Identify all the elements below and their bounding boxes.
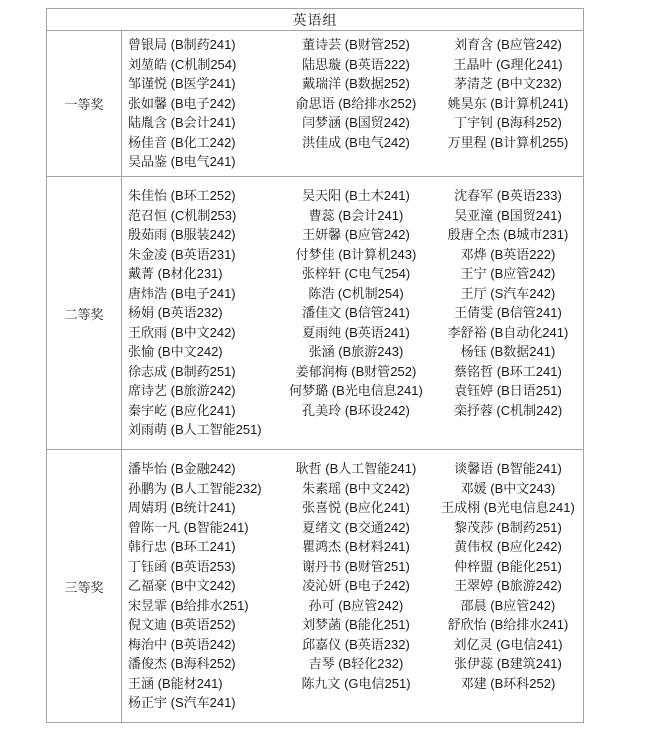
group-header: 英语组: [47, 9, 583, 31]
awardee-list: 潘毕怡 (B金融242)耿哲 (B人工智能241)谈馨语 (B智能241)孙鹏为…: [122, 450, 583, 722]
awardee-entry: 洪佳成 (B电气242): [280, 133, 432, 153]
awardee-entry: 吴品鉴 (B电气241): [128, 152, 280, 172]
awardee-entry: 黎茂莎 (B制药251): [432, 518, 583, 538]
prize-label: 一等奖: [47, 31, 122, 176]
awardee-entry: 曹蕊 (B会计241): [280, 206, 432, 226]
awardee-entry: 耿哲 (B人工智能241): [280, 459, 432, 479]
awardee-entry: 俞思语 (B给排水252): [280, 94, 432, 114]
awardee-entry: 乙福豪 (B中文242): [128, 576, 280, 596]
awardee-entry: 邓烨 (B英语222): [432, 245, 583, 265]
awardee-entry: 秦宇屹 (B应化241): [128, 401, 280, 421]
awardee-entry: 刘雨萌 (B人工智能251): [128, 420, 280, 440]
awardee-entry: 陆胤含 (B会计241): [128, 113, 280, 133]
awardee-entry: 席诗艺 (B旅游242): [128, 381, 280, 401]
awardee-entry: 万里程 (B计算机255): [432, 133, 583, 153]
awardee-entry: 殷唐仝杰 (B城市231): [432, 225, 583, 245]
awardee-entry: 丁钰函 (B英语253): [128, 557, 280, 577]
awardee-entry: 董诗芸 (B财管252): [280, 35, 432, 55]
awardee-entry: 刘梦菡 (B能化251): [280, 615, 432, 635]
awardee-entry: 张伊蕊 (B建筑241): [432, 654, 583, 674]
prize-section-2: 二等奖朱佳怡 (B环工252)吴天阳 (B土木241)沈春军 (B英语233)范…: [47, 177, 583, 450]
awardee-line: 潘毕怡 (B金融242)耿哲 (B人工智能241)谈馨语 (B智能241): [128, 459, 583, 479]
awardee-entry: 吴亚潼 (B国贸241): [432, 206, 583, 226]
awardee-entry: 曾陈一凡 (B智能241): [128, 518, 280, 538]
awardee-entry: 韩行忠 (B环工241): [128, 537, 280, 557]
awardee-line: 丁钰函 (B英语253)谢丹书 (B财管251)仲梓盟 (B能化251): [128, 557, 583, 577]
awardee-entry: 朱佳怡 (B环工252): [128, 186, 280, 206]
awardee-entry: 朱素瑶 (B中文242): [280, 479, 432, 499]
awardee-entry: 杨正宇 (S汽车241): [128, 693, 280, 713]
awardee-line: 席诗艺 (B旅游242)何梦璐 (B光电信息241)袁钰婷 (B日语251): [128, 381, 583, 401]
awardee-line: 殷茹雨 (B服装242)王妍馨 (B应管242)殷唐仝杰 (B城市231): [128, 225, 583, 245]
awardee-line: 范召恒 (C机制253)曹蕊 (B会计241)吴亚潼 (B国贸241): [128, 206, 583, 226]
awardee-entry: 瞿鸿杰 (B材料241): [280, 537, 432, 557]
awardee-line: 邹谨悦 (B医学241)戴瑞洋 (B数据252)茅清芝 (B中文232): [128, 74, 583, 94]
awardee-entry: 沈春军 (B英语233): [432, 186, 583, 206]
awardee-entry: 李舒裕 (B自动化241): [432, 323, 583, 343]
awardee-entry: 邓建 (B环科252): [432, 674, 583, 694]
awardee-entry: 夏绪文 (B交通242): [280, 518, 432, 538]
awardee-entry: 袁钰婷 (B日语251): [432, 381, 583, 401]
awardee-entry: 张梓轩 (C电气254): [280, 264, 432, 284]
awardee-entry: 张喜悦 (B应化241): [280, 498, 432, 518]
awardee-line: 张愉 (B中文242)张涵 (B旅游243)杨钰 (B数据241): [128, 342, 583, 362]
awardee-line: 唐炜浩 (B电子241)陈浩 (C机制254)王厅 (S汽车242): [128, 284, 583, 304]
awardee-line: 潘俊杰 (B海科252)吉琴 (B轻化232)张伊蕊 (B建筑241): [128, 654, 583, 674]
awardee-entry: 徐志成 (B制药251): [128, 362, 280, 382]
awardee-entry: 殷茹雨 (B服装242): [128, 225, 280, 245]
awardee-entry: 戴菁 (B材化231): [128, 264, 280, 284]
awardee-line: 王欣雨 (B中文242)夏雨纯 (B英语241)李舒裕 (B自动化241): [128, 323, 583, 343]
awardee-list: 朱佳怡 (B环工252)吴天阳 (B土木241)沈春军 (B英语233)范召恒 …: [122, 177, 583, 449]
awardee-line: 倪文迪 (B英语252)刘梦菡 (B能化251)舒欣怡 (B给排水241): [128, 615, 583, 635]
awardee-entry: 陈浩 (C机制254): [280, 284, 432, 304]
awardee-entry: 曾银局 (B制药241): [128, 35, 280, 55]
awardee-entry: 王厅 (S汽车242): [432, 284, 583, 304]
awardee-entry: 宋昱霏 (B给排水251): [128, 596, 280, 616]
awardee-entry: 王欣雨 (B中文242): [128, 323, 280, 343]
awardee-entry: 潘毕怡 (B金融242): [128, 459, 280, 479]
awardee-entry: 杨钰 (B数据241): [432, 342, 583, 362]
awardee-line: 宋昱霏 (B给排水251)孙可 (B应管242)邵晨 (B应管242): [128, 596, 583, 616]
awardee-line: 周婧玥 (B统计241)张喜悦 (B应化241)王成栩 (B光电信息241): [128, 498, 583, 518]
awardee-entry: 姜郁润梅 (B财管252): [280, 362, 432, 382]
awardee-entry: 刘育含 (B应管242): [432, 35, 583, 55]
awardee-entry: 王翠婷 (B旅游242): [432, 576, 583, 596]
award-group-table: 英语组 一等奖曾银局 (B制药241)董诗芸 (B财管252)刘育含 (B应管2…: [46, 8, 584, 723]
awardee-line: 刘堃皓 (C机制254)陆思璇 (B英语222)王晶叶 (G理化241): [128, 55, 583, 75]
awardee-entry: 邓媛 (B中文243): [432, 479, 583, 499]
awardee-entry: 闫梦涵 (B国贸242): [280, 113, 432, 133]
awardee-entry: 吉琴 (B轻化232): [280, 654, 432, 674]
awardee-entry: 杨佳音 (B化工242): [128, 133, 280, 153]
awardee-line: 刘雨萌 (B人工智能251): [128, 420, 583, 440]
prize-label: 二等奖: [47, 177, 122, 449]
awardee-entry: 凌沁妍 (B电子242): [280, 576, 432, 596]
awardee-entry: 刘亿灵 (G电信241): [432, 635, 583, 655]
awardee-entry: 黄伟权 (B应化242): [432, 537, 583, 557]
awardee-entry: 杨娟 (B英语232): [128, 303, 280, 323]
awardee-entry: 张涵 (B旅游243): [280, 342, 432, 362]
awardee-entry: 张愉 (B中文242): [128, 342, 280, 362]
awardee-entry: 孔美玲 (B环设242): [280, 401, 432, 421]
awardee-line: 杨佳音 (B化工242)洪佳成 (B电气242)万里程 (B计算机255): [128, 133, 583, 153]
awardee-entry: 王宁 (B应管242): [432, 264, 583, 284]
awardee-entry: 何梦璐 (B光电信息241): [280, 381, 432, 401]
awardee-entry: 邵晨 (B应管242): [432, 596, 583, 616]
awardee-line: 张如馨 (B电子242)俞思语 (B给排水252)姚昊东 (B计算机241): [128, 94, 583, 114]
awardee-entry: 陈九文 (G电信251): [280, 674, 432, 694]
awardee-entry: 戴瑞洋 (B数据252): [280, 74, 432, 94]
awardee-entry: 倪文迪 (B英语252): [128, 615, 280, 635]
awardee-line: 朱佳怡 (B环工252)吴天阳 (B土木241)沈春军 (B英语233): [128, 186, 583, 206]
awardee-entry: 付梦佳 (B计算机243): [280, 245, 432, 265]
awardee-entry: 朱金凌 (B英语231): [128, 245, 280, 265]
awardee-entry: 陆思璇 (B英语222): [280, 55, 432, 75]
awardee-entry: 吴天阳 (B土木241): [280, 186, 432, 206]
awardee-entry: 王晶叶 (G理化241): [432, 55, 583, 75]
awardee-entry: 范召恒 (C机制253): [128, 206, 280, 226]
awardee-entry: 王倩雯 (B信管241): [432, 303, 583, 323]
awardee-line: 陆胤含 (B会计241)闫梦涵 (B国贸242)丁宇钊 (B海科252): [128, 113, 583, 133]
awardee-entry: 谢丹书 (B财管251): [280, 557, 432, 577]
awardee-entry: 邱嘉仪 (B英语232): [280, 635, 432, 655]
prize-sections: 一等奖曾银局 (B制药241)董诗芸 (B财管252)刘育含 (B应管242)刘…: [47, 31, 583, 722]
awardee-line: 乙福豪 (B中文242)凌沁妍 (B电子242)王翠婷 (B旅游242): [128, 576, 583, 596]
awardee-line: 戴菁 (B材化231)张梓轩 (C电气254)王宁 (B应管242): [128, 264, 583, 284]
awardee-entry: 茅清芝 (B中文232): [432, 74, 583, 94]
awardee-entry: 夏雨纯 (B英语241): [280, 323, 432, 343]
awardee-line: 吴品鉴 (B电气241): [128, 152, 583, 172]
prize-label: 三等奖: [47, 450, 122, 722]
awardee-entry: 王成栩 (B光电信息241): [432, 498, 583, 518]
awardee-entry: 栾抒蓉 (C机制242): [432, 401, 583, 421]
awardee-entry: 刘堃皓 (C机制254): [128, 55, 280, 75]
awardee-line: 杨娟 (B英语232)潘佳文 (B信管241)王倩雯 (B信管241): [128, 303, 583, 323]
awardee-entry: 梅治中 (B英语242): [128, 635, 280, 655]
awardee-entry: 潘佳文 (B信管241): [280, 303, 432, 323]
awardee-line: 曾陈一凡 (B智能241)夏绪文 (B交通242)黎茂莎 (B制药251): [128, 518, 583, 538]
awardee-line: 杨正宇 (S汽车241): [128, 693, 583, 713]
awardee-list: 曾银局 (B制药241)董诗芸 (B财管252)刘育含 (B应管242)刘堃皓 …: [122, 31, 583, 176]
awardee-entry: 王涵 (B能材241): [128, 674, 280, 694]
awardee-entry: 丁宇钊 (B海科252): [432, 113, 583, 133]
awardee-entry: 王妍馨 (B应管242): [280, 225, 432, 245]
awardee-line: 梅治中 (B英语242)邱嘉仪 (B英语232)刘亿灵 (G电信241): [128, 635, 583, 655]
awardee-entry: 邹谨悦 (B医学241): [128, 74, 280, 94]
awardee-entry: 蔡铭哲 (B环工241): [432, 362, 583, 382]
awardee-entry: 孙可 (B应管242): [280, 596, 432, 616]
awardee-line: 韩行忠 (B环工241)瞿鸿杰 (B材料241)黄伟权 (B应化242): [128, 537, 583, 557]
awardee-entry: 谈馨语 (B智能241): [432, 459, 583, 479]
awardee-line: 孙鹏为 (B人工智能232)朱素瑶 (B中文242)邓媛 (B中文243): [128, 479, 583, 499]
awardee-entry: 张如馨 (B电子242): [128, 94, 280, 114]
awardee-line: 秦宇屹 (B应化241)孔美玲 (B环设242)栾抒蓉 (C机制242): [128, 401, 583, 421]
awardee-line: 朱金凌 (B英语231)付梦佳 (B计算机243)邓烨 (B英语222): [128, 245, 583, 265]
awardee-entry: 姚昊东 (B计算机241): [432, 94, 583, 114]
awardee-line: 王涵 (B能材241)陈九文 (G电信251)邓建 (B环科252): [128, 674, 583, 694]
prize-section-3: 三等奖潘毕怡 (B金融242)耿哲 (B人工智能241)谈馨语 (B智能241)…: [47, 450, 583, 722]
awardee-entry: 潘俊杰 (B海科252): [128, 654, 280, 674]
awardee-line: 徐志成 (B制药251)姜郁润梅 (B财管252)蔡铭哲 (B环工241): [128, 362, 583, 382]
awardee-line: 曾银局 (B制药241)董诗芸 (B财管252)刘育含 (B应管242): [128, 35, 583, 55]
prize-section-1: 一等奖曾银局 (B制药241)董诗芸 (B财管252)刘育含 (B应管242)刘…: [47, 31, 583, 177]
awardee-entry: 舒欣怡 (B给排水241): [432, 615, 583, 635]
awardee-entry: 仲梓盟 (B能化251): [432, 557, 583, 577]
awardee-entry: 孙鹏为 (B人工智能232): [128, 479, 280, 499]
awardee-entry: 唐炜浩 (B电子241): [128, 284, 280, 304]
awardee-entry: 周婧玥 (B统计241): [128, 498, 280, 518]
